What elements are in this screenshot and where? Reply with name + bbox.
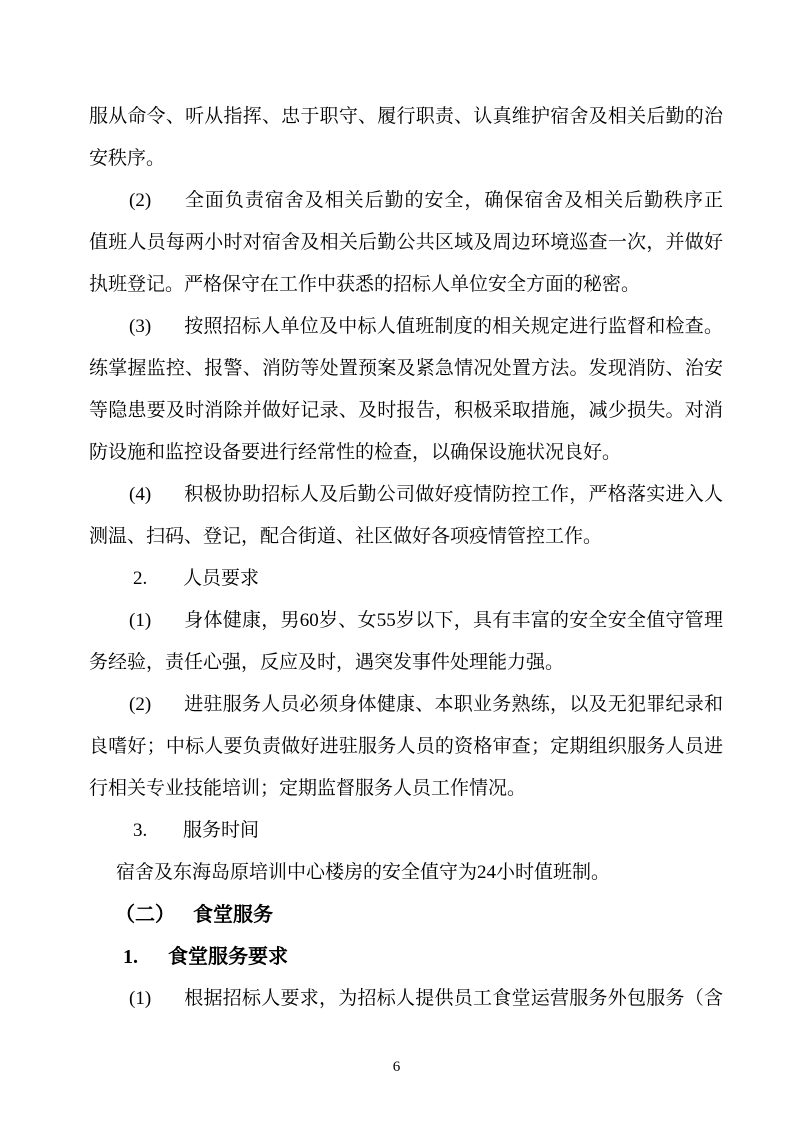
text-line: 3.服务时间 bbox=[89, 810, 723, 852]
text-line: (2)全面负责宿舍及相关后勤的安全，确保宿舍及相关后勤秩序正常。 bbox=[89, 180, 723, 222]
line-text: 执班登记。严格保守在工作中获悉的招标人单位安全方面的秘密。 bbox=[89, 274, 640, 295]
line-text: 人员要求 bbox=[183, 568, 259, 589]
list-marker: (3) bbox=[129, 306, 184, 348]
list-marker: (4) bbox=[129, 474, 184, 516]
text-line: (1)根据招标人要求，为招标人提供员工食堂运营服务外包服务（含国 bbox=[89, 978, 723, 1020]
line-text: 根据招标人要求，为招标人提供员工食堂运营服务外包服务（含国 bbox=[129, 988, 723, 1020]
list-marker: 3. bbox=[133, 810, 183, 852]
text-line: (1)身体健康，男60岁、女55岁以下，具有丰富的安全安全值守管理服 bbox=[89, 600, 723, 642]
line-text: 安秩序。 bbox=[89, 148, 165, 169]
line-text: 食堂服务 bbox=[193, 904, 273, 926]
text-line: 等隐患要及时消除并做好记录、及时报告，积极采取措施，减少损失。对消 bbox=[89, 390, 723, 432]
line-text: 务经验，责任心强，反应及时，遇突发事件处理能力强。 bbox=[89, 652, 564, 673]
text-line: 良嗜好；中标人要负责做好进驻服务人员的资格审查；定期组织服务人员进 bbox=[89, 726, 723, 768]
line-text: 食堂服务要求 bbox=[168, 946, 288, 968]
document-content: 服从命令、听从指挥、忠于职守、履行职责、认真维护宿舍及相关后勤的治安秩序。(2)… bbox=[89, 96, 723, 1020]
line-text: 进驻服务人员必须身体健康、本职业务熟练，以及无犯罪纪录和不 bbox=[129, 694, 723, 726]
list-marker: (2) bbox=[129, 684, 184, 726]
text-line: 练掌握监控、报警、消防等处置预案及紧急情况处置方法。发现消防、治安 bbox=[89, 348, 723, 390]
page-number: 6 bbox=[0, 1052, 793, 1082]
text-line: 值班人员每两小时对宿舍及相关后勤公共区域及周边环境巡查一次，并做好 bbox=[89, 222, 723, 264]
text-line: 防设施和监控设备要进行经常性的检查，以确保设施状况良好。 bbox=[89, 432, 723, 474]
text-line: 安秩序。 bbox=[89, 138, 723, 180]
text-line: (2)进驻服务人员必须身体健康、本职业务熟练，以及无犯罪纪录和不 bbox=[89, 684, 723, 726]
list-marker: (1) bbox=[129, 600, 184, 642]
line-text: 身体健康，男60岁、女55岁以下，具有丰富的安全安全值守管理服 bbox=[129, 610, 723, 642]
text-line: (3)按照招标人单位及中标人值班制度的相关规定进行监督和检查。熟 bbox=[89, 306, 723, 348]
text-line: 2.人员要求 bbox=[89, 558, 723, 600]
text-line: 测温、扫码、登记，配合街道、社区做好各项疫情管控工作。 bbox=[89, 516, 723, 558]
line-text: 积极协助招标人及后勤公司做好疫情防控工作，严格落实进入人员 bbox=[129, 484, 723, 516]
text-line: (4)积极协助招标人及后勤公司做好疫情防控工作，严格落实进入人员 bbox=[89, 474, 723, 516]
text-line: 服从命令、听从指挥、忠于职守、履行职责、认真维护宿舍及相关后勤的治 bbox=[89, 96, 723, 138]
text-line: 执班登记。严格保守在工作中获悉的招标人单位安全方面的秘密。 bbox=[89, 264, 723, 306]
line-text: 等隐患要及时消除并做好记录、及时报告，积极采取措施，减少损失。对消 bbox=[89, 400, 723, 421]
line-text: 宿舍及东海岛原培训中心楼房的安全值守为24小时值班制。 bbox=[116, 862, 610, 883]
line-text: 全面负责宿舍及相关后勤的安全，确保宿舍及相关后勤秩序正常。 bbox=[129, 190, 723, 222]
list-marker: 2. bbox=[133, 558, 183, 600]
line-text: 值班人员每两小时对宿舍及相关后勤公共区域及周边环境巡查一次，并做好 bbox=[89, 232, 723, 253]
list-marker: (1) bbox=[129, 978, 184, 1020]
line-text: 防设施和监控设备要进行经常性的检查，以确保设施状况良好。 bbox=[89, 442, 621, 463]
line-text: 良嗜好；中标人要负责做好进驻服务人员的资格审查；定期组织服务人员进 bbox=[89, 736, 723, 757]
list-marker: (2) bbox=[129, 180, 184, 222]
line-text: 服务时间 bbox=[183, 820, 259, 841]
list-marker: （二） bbox=[115, 894, 193, 936]
text-line: （二）食堂服务 bbox=[89, 894, 723, 936]
line-text: 服从命令、听从指挥、忠于职守、履行职责、认真维护宿舍及相关后勤的治 bbox=[89, 106, 723, 127]
list-marker: 1. bbox=[123, 936, 168, 978]
line-text: 练掌握监控、报警、消防等处置预案及紧急情况处置方法。发现消防、治安 bbox=[89, 358, 723, 379]
text-line: 行相关专业技能培训；定期监督服务人员工作情况。 bbox=[89, 768, 723, 810]
line-text: 按照招标人单位及中标人值班制度的相关规定进行监督和检查。熟 bbox=[129, 316, 723, 348]
document-page: 服从命令、听从指挥、忠于职守、履行职责、认真维护宿舍及相关后勤的治安秩序。(2)… bbox=[0, 0, 793, 1122]
text-line: 宿舍及东海岛原培训中心楼房的安全值守为24小时值班制。 bbox=[89, 852, 723, 894]
text-line: 1.食堂服务要求 bbox=[89, 936, 723, 978]
line-text: 行相关专业技能培训；定期监督服务人员工作情况。 bbox=[89, 778, 526, 799]
line-text: 测温、扫码、登记，配合街道、社区做好各项疫情管控工作。 bbox=[89, 526, 602, 547]
text-line: 务经验，责任心强，反应及时，遇突发事件处理能力强。 bbox=[89, 642, 723, 684]
